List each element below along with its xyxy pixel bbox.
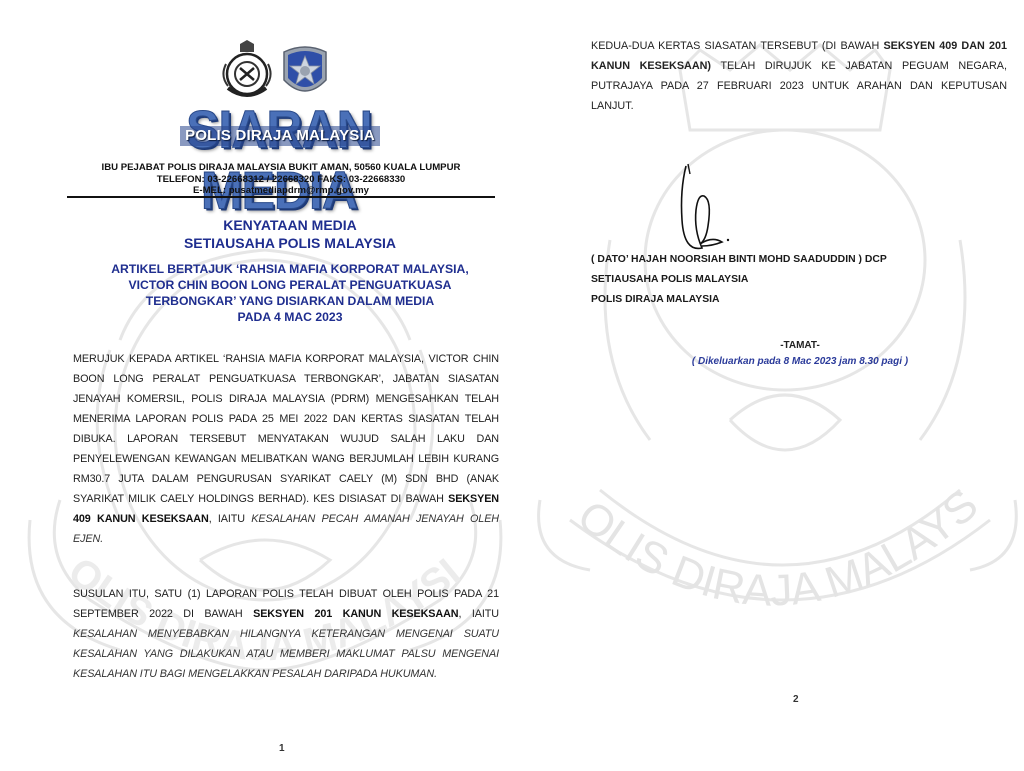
paragraph-3: KEDUA-DUA KERTAS SIASATAN TERSEBUT (DI B…: [591, 36, 1007, 116]
police-crest-icon: [218, 40, 276, 102]
paragraph-2-connector: , IAITU: [459, 608, 499, 620]
header-logos: [218, 40, 338, 102]
heading-line-1: KENYATAAN MEDIA: [60, 216, 520, 234]
hq-contact-block: IBU PEJABAT POLIS DIRAJA MALAYSIA BUKIT …: [66, 162, 496, 197]
page-number: 2: [793, 694, 799, 705]
statement-heading: KENYATAAN MEDIA SETIAUSAHA POLIS MALAYSI…: [60, 216, 520, 252]
header-divider: [67, 196, 495, 198]
signatory-block: ( DATO’ HAJAH NOORSIAH BINTI MOHD SAADUD…: [591, 250, 1011, 310]
banner-subtitle: POLIS DIRAJA MALAYSIA: [180, 126, 380, 146]
page-2: POLIS DIRAJA MALAYSIA KEDUA-DUA KERTAS S…: [530, 0, 1024, 771]
paragraph-1-connector: , IAITU: [209, 513, 252, 525]
police-badge-icon: [280, 44, 330, 98]
signatory-name: ( DATO’ HAJAH NOORSIAH BINTI MOHD SAADUD…: [591, 250, 1011, 270]
media-release-banner: SIARAN MEDIA POLIS DIRAJA MALAYSIA: [144, 108, 414, 158]
issued-timestamp: ( Dikeluarkan pada 8 Mac 2023 jam 8.30 p…: [640, 356, 960, 367]
subject-line-3: TERBONGKAR’ YANG DISIARKAN DALAM MEDIA: [60, 293, 520, 309]
subject-heading: ARTIKEL BERTAJUK ‘RAHSIA MAFIA KORPORAT …: [60, 261, 520, 325]
page-number: 1: [279, 743, 285, 754]
paragraph-1-text: MERUJUK KEPADA ARTIKEL ‘RAHSIA MAFIA KOR…: [73, 353, 499, 505]
paragraph-2: SUSULAN ITU, SATU (1) LAPORAN POLIS TELA…: [73, 584, 499, 684]
signatory-title: SETIAUSAHA POLIS MALAYSIA: [591, 270, 1011, 290]
hq-phone: TELEFON: 03-22668312 / 22668320 FAKS: 03…: [66, 174, 496, 186]
banner-title: SIARAN MEDIA: [144, 99, 414, 221]
heading-line-2: SETIAUSAHA POLIS MALAYSIA: [60, 234, 520, 252]
subject-line-4: PADA 4 MAC 2023: [60, 309, 520, 325]
signatory-org: POLIS DIRAJA MALAYSIA: [591, 290, 1011, 310]
end-mark: -TAMAT-: [690, 340, 910, 351]
hq-email-label: E-MEL:: [193, 185, 229, 196]
subject-line-1: ARTIKEL BERTAJUK ‘RAHSIA MAFIA KORPORAT …: [60, 261, 520, 277]
hq-address: IBU PEJABAT POLIS DIRAJA MALAYSIA BUKIT …: [66, 162, 496, 174]
svg-text:POLIS DIRAJA MALAYSIA: POLIS DIRAJA MALAYSIA: [530, 40, 987, 616]
paragraph-1: MERUJUK KEPADA ARTIKEL ‘RAHSIA MAFIA KOR…: [73, 349, 499, 549]
page-1: POLIS DIRAJA MALAYSIA SIARAN MEDIA POLIS…: [0, 0, 530, 771]
hq-email-line: E-MEL: pusatmediapdrm@rmp.gov.my: [66, 185, 496, 197]
hq-email-link[interactable]: pusatmediapdrm@rmp.gov.my: [229, 185, 369, 196]
paragraph-2-offence: KESALAHAN MENYEBABKAN HILANGNYA KETERANG…: [73, 628, 499, 680]
subject-line-2: VICTOR CHIN BOON LONG PERALAT PENGUATKUA…: [60, 277, 520, 293]
paragraph-3-text: KEDUA-DUA KERTAS SIASATAN TERSEBUT (DI B…: [591, 40, 883, 52]
paragraph-2-section-ref: SEKSYEN 201 KANUN KESEKSAAN: [253, 608, 458, 620]
signature-icon: [672, 160, 742, 255]
